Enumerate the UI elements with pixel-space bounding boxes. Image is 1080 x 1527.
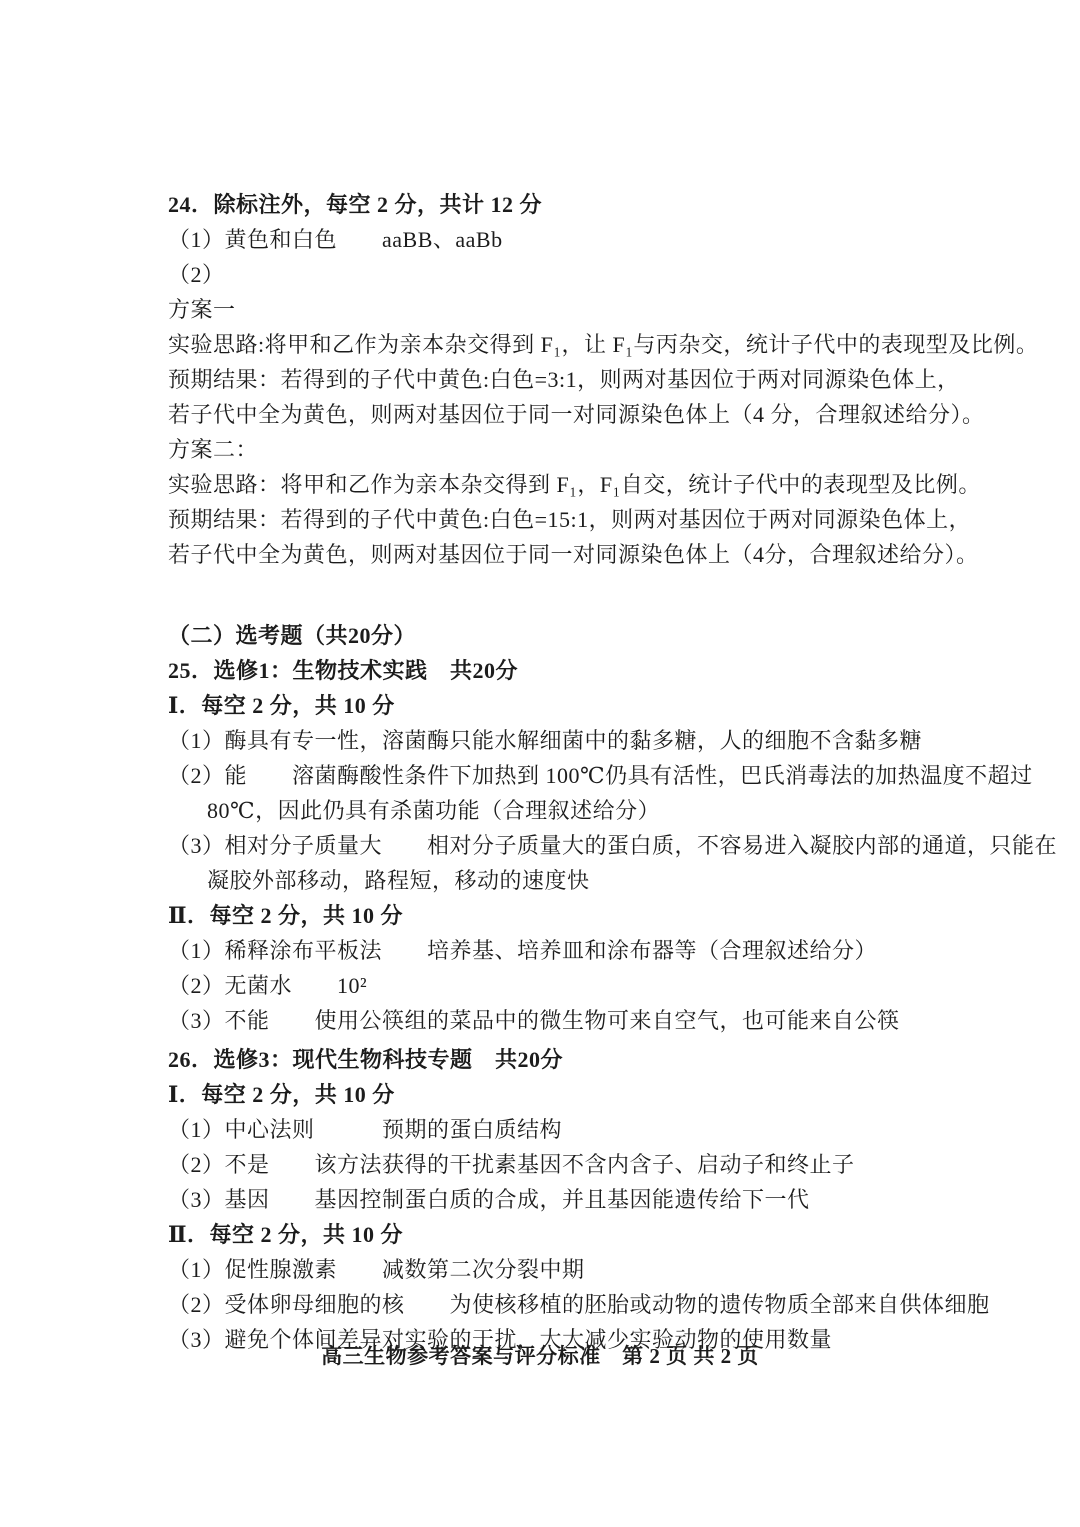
q26-part2-heading: Ⅱ．每空 2 分，共 10 分: [168, 1217, 938, 1252]
q25-p1-item3a: （3）相对分子质量大 相对分子质量大的蛋白质，不容易进入凝胶内部的通道，只能在: [168, 828, 938, 863]
q25-p2-item1: （1）稀释涂布平板法 培养基、培养皿和涂布器等（合理叙述给分）: [168, 933, 938, 968]
q25-p1-item2b: 80℃，因此仍具有杀菌功能（合理叙述给分）: [168, 793, 938, 828]
section2-heading: （二）选考题（共20分）: [168, 618, 938, 653]
q24-heading: 24．除标注外，每空 2 分，共计 12 分: [168, 187, 938, 222]
q24-item2: （2）: [168, 257, 938, 292]
q26-part1-heading: Ⅰ．每空 2 分，共 10 分: [168, 1077, 938, 1112]
q25-part2-heading: Ⅱ．每空 2 分，共 10 分: [168, 898, 938, 933]
q25-p2-item3: （3）不能 使用公筷组的菜品中的微生物可来自空气，也可能来自公筷: [168, 1003, 938, 1038]
q24-plan2-expect1: 预期结果：若得到的子代中黄色:白色=15:1，则两对基因位于两对同源染色体上，: [168, 502, 938, 537]
q25-heading: 25．选修1：生物技术实践 共20分: [168, 653, 938, 688]
q24-plan2-expect2: 若子代中全为黄色，则两对基因位于同一对同源染色体上（4分，合理叙述给分）。: [168, 537, 938, 572]
q26-p2-item2: （2）受体卵母细胞的核 为使核移植的胚胎或动物的遗传物质全部来自供体细胞: [168, 1287, 938, 1322]
q26-p1-item1: （1）中心法则 预期的蛋白质结构: [168, 1112, 938, 1147]
q24-plan2-title: 方案二：: [168, 432, 938, 467]
answer-sheet-page: 24．除标注外，每空 2 分，共计 12 分 （1）黄色和白色 aaBB、aaB…: [0, 0, 1080, 1527]
q25-p1-item3b: 凝胶外部移动，路程短，移动的速度快: [168, 863, 938, 898]
q24-item1: （1）黄色和白色 aaBB、aaBb: [168, 222, 938, 257]
q24-plan1-idea: 实验思路:将甲和乙作为亲本杂交得到 F₁，让 F₁与丙杂交，统计子代中的表现型及…: [168, 327, 938, 362]
q26-p1-item3: （3）基因 基因控制蛋白质的合成，并且基因能遗传给下一代: [168, 1182, 938, 1217]
q24-plan1-expect2: 若子代中全为黄色，则两对基因位于同一对同源染色体上（4 分，合理叙述给分）。: [168, 397, 938, 432]
answer-content: 24．除标注外，每空 2 分，共计 12 分 （1）黄色和白色 aaBB、aaB…: [168, 187, 938, 1357]
q26-p2-item1: （1）促性腺激素 减数第二次分裂中期: [168, 1252, 938, 1287]
q25-p1-item2a: （2）能 溶菌酶酸性条件下加热到 100℃仍具有活性，巴氏消毒法的加热温度不超过: [168, 758, 938, 793]
q24-plan1-title: 方案一: [168, 292, 938, 327]
q26-heading: 26．选修3：现代生物科技专题 共20分: [168, 1042, 938, 1077]
q24-plan1-expect1: 预期结果：若得到的子代中黄色:白色=3:1，则两对基因位于两对同源染色体上，: [168, 362, 938, 397]
q26-p1-item2: （2）不是 该方法获得的干扰素基因不含内含子、启动子和终止子: [168, 1147, 938, 1182]
q24-plan2-idea: 实验思路：将甲和乙作为亲本杂交得到 F₁，F₁自交，统计子代中的表现型及比例。: [168, 467, 938, 502]
q25-p2-item2: （2）无菌水 10²: [168, 968, 938, 1003]
q25-p1-item1: （1）酶具有专一性，溶菌酶只能水解细菌中的黏多糖，人的细胞不含黏多糖: [168, 723, 938, 758]
page-footer: 高三生物参考答案与评分标准 第 2 页 共 2 页: [0, 1341, 1080, 1371]
q25-part1-heading: Ⅰ．每空 2 分，共 10 分: [168, 688, 938, 723]
